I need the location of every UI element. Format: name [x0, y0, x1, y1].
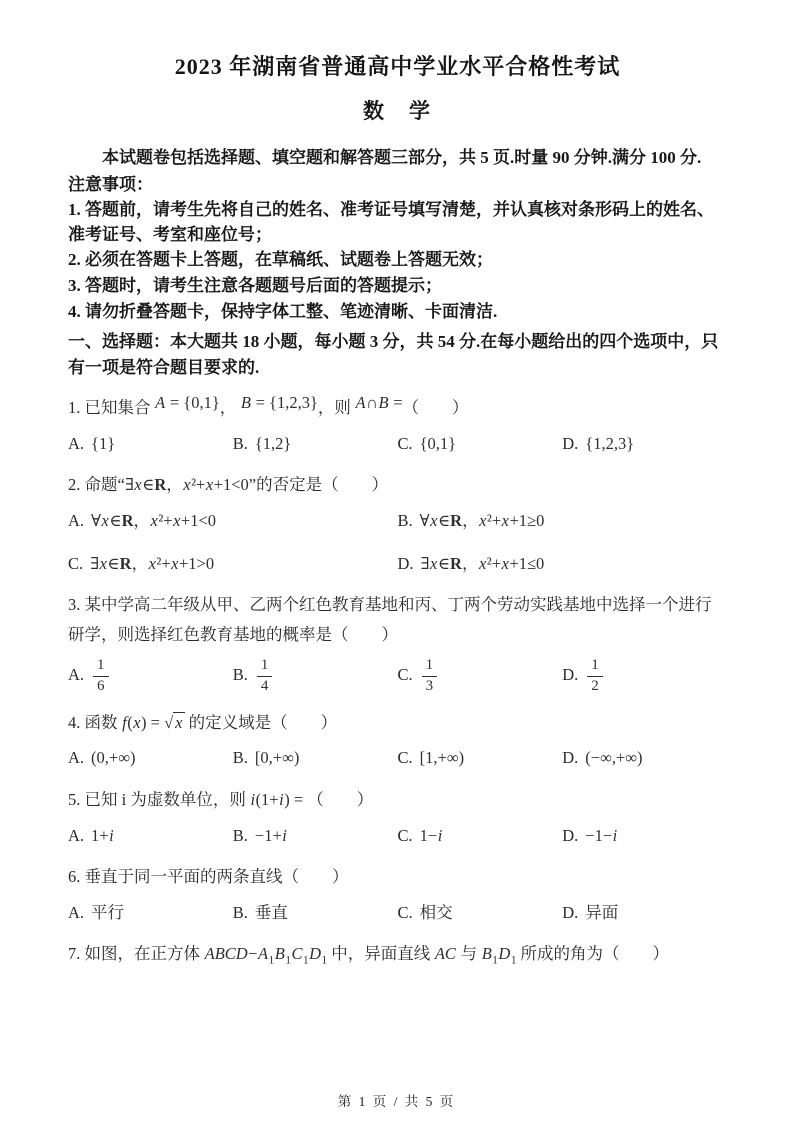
option-6C: C.相交	[398, 900, 563, 926]
option-5D: D.−1−i	[562, 823, 727, 849]
option-5A: A.1+i	[68, 823, 233, 849]
option-1A: A.{1}	[68, 431, 233, 457]
question-2-stem: 2. 命题“∃x∈R，x²+x+1<0”的否定是（ ）	[68, 470, 727, 500]
option-label: A.	[68, 903, 84, 922]
math-expression: [1,+∞)	[420, 748, 464, 767]
question-5-options: A.1+iB.−1+iC.1−iD.−1−i	[68, 823, 727, 849]
math-expression: x²+x+1≤0	[478, 554, 544, 573]
option-label: C.	[398, 748, 413, 767]
option-label: B.	[233, 748, 248, 767]
question-2: 2. 命题“∃x∈R，x²+x+1<0”的否定是（ ）A.∀x∈R，x²+x+1…	[68, 470, 727, 576]
math-expression: A = {0,1}	[155, 388, 220, 418]
fraction: 16	[93, 657, 109, 695]
option-2C: C.∃x∈R，x²+x+1>0	[68, 551, 398, 577]
question-5-stem: 5. 已知 i 为虚数单位，则 i(1+i) = （ ）	[68, 785, 727, 815]
option-label: A.	[68, 826, 84, 845]
math-expression: x²+x+1>0	[148, 554, 214, 573]
option-4D: D.(−∞,+∞)	[562, 745, 727, 771]
option-label: D.	[562, 903, 578, 922]
question-1-options: A.{1}B.{1,2}C.{0,1}D.{1,2,3}	[68, 431, 727, 457]
math-expression: {1,2}	[255, 434, 291, 453]
fraction: 13	[422, 657, 438, 695]
math-expression: (0,+∞)	[91, 748, 135, 767]
fraction: 12	[587, 657, 603, 695]
option-label: D.	[562, 434, 578, 453]
question-4-stem: 4. 函数 f(x) = √x 的定义域是（ ）	[68, 708, 727, 738]
math-expression: x²+x+1<0	[183, 475, 249, 494]
note-item-2: 2. 必须在答题卡上答题，在草稿纸、试题卷上答题无效；	[68, 248, 727, 273]
option-2B: B.∀x∈R，x²+x+1≥0	[398, 508, 728, 534]
intro-text: 本试题卷包括选择题、填空题和解答题三部分，共 5 页.时量 90 分钟.满分 1…	[68, 145, 727, 171]
option-3B: B.14	[233, 657, 398, 695]
exam-subject: 数 学	[68, 95, 727, 125]
math-expression: B = {1,2,3}	[240, 388, 318, 418]
question-1: 1. 已知集合 A = {0,1}， B = {1,2,3}，则 A∩B = （…	[68, 393, 727, 457]
math-expression: x²+x+1<0	[150, 511, 216, 530]
option-4C: C.[1,+∞)	[398, 745, 563, 771]
math-expression: x²+x+1≥0	[479, 511, 545, 530]
math-expression: i(1+i) =	[250, 790, 307, 809]
math-expression: −1+i	[255, 826, 287, 845]
math-expression: 1+i	[91, 826, 114, 845]
option-label: D.	[562, 665, 578, 684]
option-6B: B.垂直	[233, 900, 398, 926]
option-label: A.	[68, 511, 84, 530]
option-label: D.	[562, 826, 578, 845]
question-4-options: A.(0,+∞)B.[0,+∞)C.[1,+∞)D.(−∞,+∞)	[68, 745, 727, 771]
option-label: A.	[68, 434, 84, 453]
notes-heading: 注意事项：	[68, 173, 727, 198]
math-expression: AC	[434, 944, 456, 963]
question-5: 5. 已知 i 为虚数单位，则 i(1+i) = （ ）A.1+iB.−1+iC…	[68, 785, 727, 849]
option-6A: A.平行	[68, 900, 233, 926]
note-item-4: 4. 请勿折叠答题卡，保持字体工整、笔迹清晰、卡面清洁.	[68, 300, 727, 325]
option-5C: C.1−i	[398, 823, 563, 849]
fraction: 14	[257, 657, 273, 695]
option-label: A.	[68, 665, 84, 684]
option-4B: B.[0,+∞)	[233, 745, 398, 771]
option-3C: C.13	[398, 657, 563, 695]
option-3D: D.12	[562, 657, 727, 695]
question-7: 7. 如图，在正方体 ABCD−A1B1C1D1 中，异面直线 AC 与 B1D…	[68, 939, 727, 970]
option-6D: D.异面	[562, 900, 727, 926]
math-expression: −1−i	[585, 826, 617, 845]
note-item-3: 3. 答题时，请考生注意各题题号后面的答题提示；	[68, 274, 727, 299]
math-expression: ∀x∈R	[420, 511, 462, 530]
math-expression: ∃x∈R	[421, 554, 462, 573]
note-item-1: 1. 答题前，请考生先将自己的姓名、准考证号填写清楚，并认真核对条形码上的姓名、…	[68, 198, 727, 247]
option-label: C.	[68, 554, 83, 573]
option-label: C.	[398, 434, 413, 453]
exam-title: 2023 年湖南省普通高中学业水平合格性考试	[68, 50, 727, 81]
math-expression: {0,1}	[420, 434, 456, 453]
section-heading: 一、选择题：本大题共 18 小题，每小题 3 分，共 54 分.在每小题给出的四…	[68, 329, 727, 380]
math-expression: (−∞,+∞)	[585, 748, 642, 767]
math-expression: {1}	[91, 434, 115, 453]
option-1B: B.{1,2}	[233, 431, 398, 457]
option-1C: C.{0,1}	[398, 431, 563, 457]
question-4: 4. 函数 f(x) = √x 的定义域是（ ）A.(0,+∞)B.[0,+∞)…	[68, 708, 727, 772]
exam-page: 2023 年湖南省普通高中学业水平合格性考试 数 学 本试题卷包括选择题、填空题…	[0, 0, 793, 970]
option-label: A.	[68, 748, 84, 767]
option-label: C.	[398, 665, 413, 684]
math-expression: B1D1	[481, 944, 516, 963]
math-expression: ABCD−A1B1C1D1	[204, 944, 327, 963]
question-6-options: A.平行B.垂直C.相交D.异面	[68, 900, 727, 926]
option-label: B.	[233, 434, 248, 453]
math-expression: f(x) =	[122, 713, 164, 732]
math-expression: ∀x∈R	[91, 511, 133, 530]
option-2D: D.∃x∈R，x²+x+1≤0	[398, 551, 728, 577]
page-footer: 第 1 页 / 共 5 页	[0, 1090, 793, 1110]
math-expression: ∃x∈R	[125, 475, 166, 494]
math-expression: 1−i	[420, 826, 443, 845]
option-2A: A.∀x∈R，x²+x+1<0	[68, 508, 398, 534]
question-2-options: A.∀x∈R，x²+x+1<0B.∀x∈R，x²+x+1≥0C.∃x∈R，x²+…	[68, 508, 727, 577]
question-3-stem: 3. 某中学高二年级从甲、乙两个红色教育基地和丙、丁两个劳动实践基地中选择一个进…	[68, 590, 727, 649]
option-label: C.	[398, 826, 413, 845]
question-6: 6. 垂直于同一平面的两条直线（ ）A.平行B.垂直C.相交D.异面	[68, 862, 727, 926]
math-expression: [0,+∞)	[255, 748, 299, 767]
option-label: B.	[398, 511, 413, 530]
option-5B: B.−1+i	[233, 823, 398, 849]
math-expression: ∃x∈R	[90, 554, 131, 573]
option-4A: A.(0,+∞)	[68, 745, 233, 771]
option-label: C.	[398, 903, 413, 922]
option-label: B.	[233, 903, 248, 922]
question-3-options: A.16B.14C.13D.12	[68, 657, 727, 695]
math-expression: A∩B =	[355, 388, 403, 418]
sqrt-expression: √x	[164, 712, 184, 732]
math-expression: {1,2,3}	[585, 434, 634, 453]
option-3A: A.16	[68, 657, 233, 695]
question-1-stem: 1. 已知集合 A = {0,1}， B = {1,2,3}，则 A∩B = （…	[68, 393, 727, 423]
option-label: B.	[233, 826, 248, 845]
question-7-stem: 7. 如图，在正方体 ABCD−A1B1C1D1 中，异面直线 AC 与 B1D…	[68, 939, 727, 970]
option-label: B.	[233, 665, 248, 684]
question-3: 3. 某中学高二年级从甲、乙两个红色教育基地和丙、丁两个劳动实践基地中选择一个进…	[68, 590, 727, 695]
option-label: D.	[562, 748, 578, 767]
question-6-stem: 6. 垂直于同一平面的两条直线（ ）	[68, 862, 727, 892]
option-1D: D.{1,2,3}	[562, 431, 727, 457]
option-label: D.	[398, 554, 414, 573]
questions-container: 1. 已知集合 A = {0,1}， B = {1,2,3}，则 A∩B = （…	[68, 393, 727, 970]
